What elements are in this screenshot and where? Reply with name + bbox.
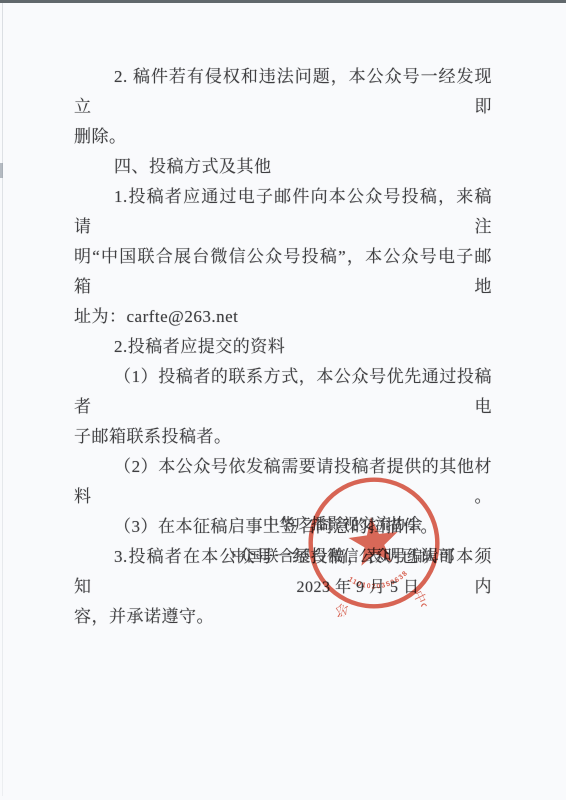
body-line: 容，并承诺遵守。: [74, 602, 492, 632]
body-line: 删除。: [74, 122, 492, 152]
scan-left-mark: [0, 163, 3, 178]
section-heading: 四、投稿方式及其他: [74, 152, 492, 182]
signature-date: 2023 年 9 月 5 日: [296, 574, 419, 597]
scan-left-edge: [2, 3, 3, 796]
body-line: 明“中国联合展台微信公众号投稿”，本公众号电子邮箱地: [74, 242, 492, 302]
body-line: 1.投稿者应通过电子邮件向本公众号投稿，来稿请注: [74, 182, 492, 242]
body-line: 2. 稿件若有侵权和违法问题，本公众号一经发现立即: [74, 62, 492, 122]
signature-department: 中国联合展台微信公众号编辑部: [231, 544, 455, 566]
signature-organization: 中华广播影视交流协会: [263, 512, 423, 534]
scan-top-edge: [0, 0, 566, 3]
body-line: （2）本公众号依发稿需要请投稿者提供的其他材料。: [74, 452, 492, 512]
body-line: （1）投稿者的联系方式，本公众号优先通过投稿者电: [74, 362, 492, 422]
body-line: 子邮箱联系投稿者。: [74, 422, 492, 452]
body-line-email: 址为：carfte@263.net: [74, 302, 492, 332]
body-line: 2.投稿者应提交的资料: [74, 332, 492, 362]
scanned-document-page: 2. 稿件若有侵权和违法问题，本公众号一经发现立即 删除。 四、投稿方式及其他 …: [0, 0, 566, 800]
